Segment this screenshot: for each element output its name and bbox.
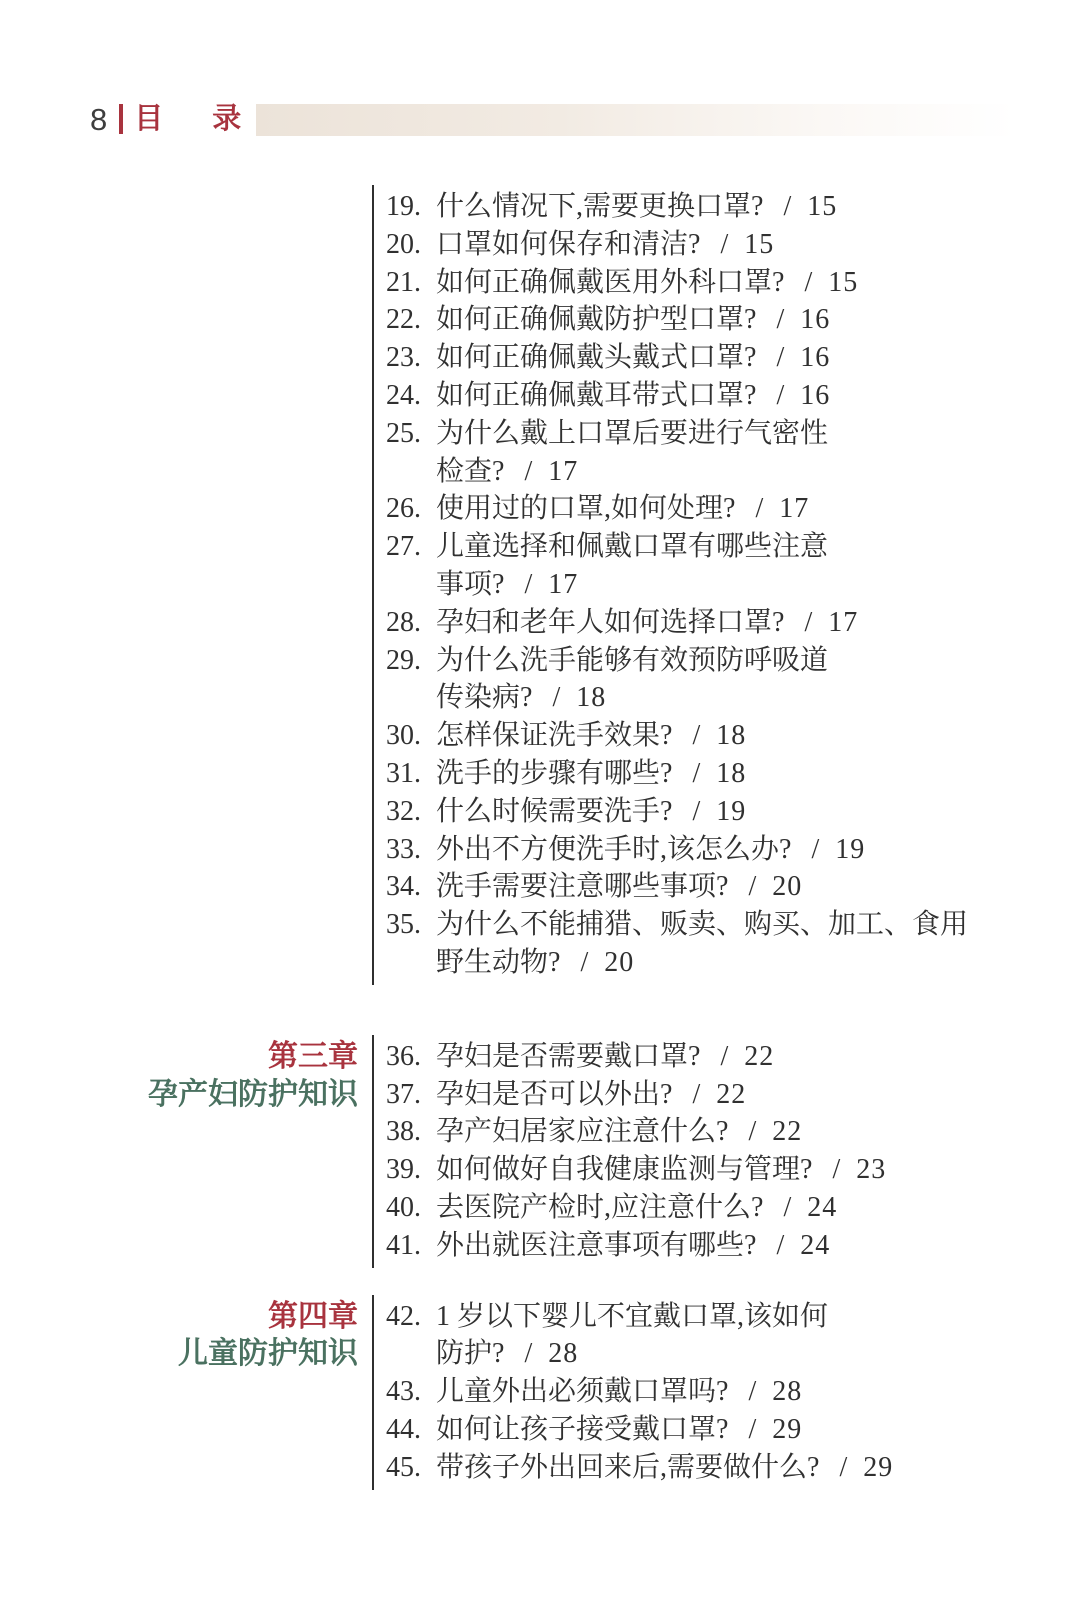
- page-number: 8: [90, 104, 107, 135]
- entry-number: 22.: [386, 301, 436, 339]
- entry-title: 去医院产检时,应注意什么?: [436, 1192, 763, 1223]
- entry-page-number: 22: [772, 1116, 802, 1147]
- entry-title: 如何正确佩戴头戴式口罩?: [436, 342, 756, 373]
- entry-page-separator: /: [804, 267, 812, 298]
- entry-page-number: 18: [716, 758, 746, 789]
- toc-entry: 41.外出就医注意事项有哪些?/24: [386, 1227, 886, 1265]
- toc-entry: 29.为什么洗手能够有效预防呼吸道传染病?/18: [386, 642, 968, 718]
- entry-title: 什么时候需要洗手?: [436, 796, 672, 827]
- toc-entry: 36.孕妇是否需要戴口罩?/22: [386, 1038, 886, 1076]
- toc-entry: 42.1 岁以下婴儿不宜戴口罩,该如何防护?/28: [386, 1298, 893, 1374]
- toc-entry: 26.使用过的口罩,如何处理?/17: [386, 490, 968, 528]
- entry-page-separator: /: [804, 607, 812, 638]
- entry-title: 外出就医注意事项有哪些?: [436, 1230, 756, 1261]
- toc-entry: 40.去医院产检时,应注意什么?/24: [386, 1189, 886, 1227]
- toc-entry: 31.洗手的步骤有哪些?/18: [386, 755, 968, 793]
- entry-number: 32.: [386, 793, 436, 831]
- toc-entry: 19.什么情况下,需要更换口罩?/15: [386, 188, 968, 226]
- toc-entry: 20.口罩如何保存和清洁?/15: [386, 226, 968, 264]
- entry-title: 为什么不能捕猎、贩卖、购买、加工、食用: [436, 909, 968, 940]
- entry-title: 如何正确佩戴防护型口罩?: [436, 304, 756, 335]
- entry-page-separator: /: [720, 229, 728, 260]
- entry-title: 如何做好自我健康监测与管理?: [436, 1154, 812, 1185]
- entry-title: 为什么戴上口罩后要进行气密性: [436, 418, 828, 449]
- entry-page-separator: /: [783, 191, 791, 222]
- toc-entry: 34.洗手需要注意哪些事项?/20: [386, 868, 968, 906]
- entry-number: 27.: [386, 528, 436, 566]
- entry-number: 26.: [386, 490, 436, 528]
- entry-number: 31.: [386, 755, 436, 793]
- toc-entry: 33.外出不方便洗手时,该怎么办?/19: [386, 831, 968, 869]
- entry-title: 洗手需要注意哪些事项?: [436, 871, 728, 902]
- entry-number: 43.: [386, 1373, 436, 1411]
- toc-entry: 38.孕产妇居家应注意什么?/22: [386, 1113, 886, 1151]
- chapter-label: [0, 185, 372, 985]
- entry-number: 35.: [386, 906, 436, 944]
- toc-entry: 28.孕妇和老年人如何选择口罩?/17: [386, 604, 968, 642]
- entry-number: 33.: [386, 831, 436, 869]
- entry-page-separator: /: [776, 1230, 784, 1261]
- toc-entry: 39.如何做好自我健康监测与管理?/23: [386, 1151, 886, 1189]
- entry-page-separator: /: [720, 1041, 728, 1072]
- entry-title: 如何让孩子接受戴口罩?: [436, 1414, 728, 1445]
- entry-number: 40.: [386, 1189, 436, 1227]
- entry-number: 42.: [386, 1298, 436, 1336]
- toc-entry: 23.如何正确佩戴头戴式口罩?/16: [386, 339, 968, 377]
- entry-page-separator: /: [783, 1192, 791, 1223]
- entry-page-number: 20: [772, 871, 802, 902]
- entry-title: 孕妇是否可以外出?: [436, 1079, 672, 1110]
- entry-number: 25.: [386, 415, 436, 453]
- chapter-number-label: 第三章: [0, 1038, 358, 1076]
- entry-title: 事项?: [436, 569, 504, 600]
- entry-number: 20.: [386, 226, 436, 264]
- entry-page-number: 17: [779, 493, 809, 524]
- entry-title: 如何正确佩戴医用外科口罩?: [436, 267, 784, 298]
- entry-title: 怎样保证洗手效果?: [436, 720, 672, 751]
- entry-page-separator: /: [748, 1376, 756, 1407]
- entry-page-number: 17: [548, 569, 578, 600]
- toc-entry: 30.怎样保证洗手效果?/18: [386, 717, 968, 755]
- toc-entry: 37.孕妇是否可以外出?/22: [386, 1076, 886, 1114]
- chapter-name-label: 孕产妇防护知识: [0, 1076, 358, 1114]
- entry-page-number: 22: [744, 1041, 774, 1072]
- entry-page-number: 20: [604, 947, 634, 978]
- entry-page-separator: /: [811, 834, 819, 865]
- entry-page-number: 19: [835, 834, 865, 865]
- entry-page-number: 16: [800, 380, 830, 411]
- entry-title: 野生动物?: [436, 947, 560, 978]
- entry-page-separator: /: [524, 456, 532, 487]
- toc-entry: 25.为什么戴上口罩后要进行气密性检查?/17: [386, 415, 968, 491]
- chapter-number-label: 第四章: [0, 1298, 358, 1336]
- toc-entry: 24.如何正确佩戴耳带式口罩?/16: [386, 377, 968, 415]
- entry-title: 孕妇是否需要戴口罩?: [436, 1041, 700, 1072]
- header-decoration-bar: [256, 104, 1016, 136]
- entry-page-separator: /: [552, 682, 560, 713]
- entry-page-number: 18: [716, 720, 746, 751]
- entry-number: 30.: [386, 717, 436, 755]
- entry-title: 孕产妇居家应注意什么?: [436, 1116, 728, 1147]
- toc-item-list: 19.什么情况下,需要更换口罩?/1520.口罩如何保存和清洁?/1521.如何…: [372, 185, 968, 985]
- entry-number: 29.: [386, 642, 436, 680]
- entry-title: 儿童外出必须戴口罩吗?: [436, 1376, 728, 1407]
- entry-page-separator: /: [524, 569, 532, 600]
- chapter-label: 第三章孕产妇防护知识: [0, 1035, 372, 1268]
- entry-page-number: 17: [828, 607, 858, 638]
- entry-number: 37.: [386, 1076, 436, 1114]
- toc-entry: 22.如何正确佩戴防护型口罩?/16: [386, 301, 968, 339]
- entry-page-separator: /: [692, 720, 700, 751]
- toc-entry: 32.什么时候需要洗手?/19: [386, 793, 968, 831]
- entry-page-separator: /: [776, 380, 784, 411]
- entry-number: 39.: [386, 1151, 436, 1189]
- entry-number: 36.: [386, 1038, 436, 1076]
- toc-entry: 21.如何正确佩戴医用外科口罩?/15: [386, 264, 968, 302]
- entry-title: 1 岁以下婴儿不宜戴口罩,该如何: [436, 1301, 828, 1332]
- entry-page-number: 23: [856, 1154, 886, 1185]
- entry-page-separator: /: [776, 342, 784, 373]
- chapter-label: 第四章儿童防护知识: [0, 1295, 372, 1490]
- toc-block: 第四章儿童防护知识42.1 岁以下婴儿不宜戴口罩,该如何防护?/2843.儿童外…: [0, 1295, 1080, 1490]
- entry-title: 洗手的步骤有哪些?: [436, 758, 672, 789]
- entry-number: 45.: [386, 1449, 436, 1487]
- entry-title: 孕妇和老年人如何选择口罩?: [436, 607, 784, 638]
- toc-entry: 27.儿童选择和佩戴口罩有哪些注意事项?/17: [386, 528, 968, 604]
- entry-page-number: 16: [800, 342, 830, 373]
- entry-page-number: 29: [863, 1452, 893, 1483]
- chapter-name-label: 儿童防护知识: [0, 1335, 358, 1373]
- toc-entry: 35.为什么不能捕猎、贩卖、购买、加工、食用野生动物?/20: [386, 906, 968, 982]
- entry-title: 为什么洗手能够有效预防呼吸道: [436, 645, 828, 676]
- entry-page-separator: /: [832, 1154, 840, 1185]
- entry-number: 41.: [386, 1227, 436, 1265]
- entry-page-number: 15: [828, 267, 858, 298]
- entry-page-number: 24: [807, 1192, 837, 1223]
- entry-number: 19.: [386, 188, 436, 226]
- entry-title: 检查?: [436, 456, 504, 487]
- entry-page-number: 19: [716, 796, 746, 827]
- entry-page-separator: /: [776, 304, 784, 335]
- entry-number: 24.: [386, 377, 436, 415]
- entry-page-number: 15: [807, 191, 837, 222]
- entry-title: 儿童选择和佩戴口罩有哪些注意: [436, 531, 828, 562]
- entry-page-number: 28: [548, 1338, 578, 1369]
- entry-page-separator: /: [580, 947, 588, 978]
- toc-block: 第三章孕产妇防护知识36.孕妇是否需要戴口罩?/2237.孕妇是否可以外出?/2…: [0, 1035, 1080, 1268]
- entry-number: 34.: [386, 868, 436, 906]
- entry-page-separator: /: [748, 871, 756, 902]
- entry-page-separator: /: [748, 1116, 756, 1147]
- entry-title: 带孩子外出回来后,需要做什么?: [436, 1452, 819, 1483]
- entry-number: 38.: [386, 1113, 436, 1151]
- entry-page-number: 15: [744, 229, 774, 260]
- entry-title: 口罩如何保存和清洁?: [436, 229, 700, 260]
- entry-page-number: 18: [576, 682, 606, 713]
- header-divider-bar: [119, 104, 123, 134]
- toc-sections: 19.什么情况下,需要更换口罩?/1520.口罩如何保存和清洁?/1521.如何…: [0, 185, 1080, 1490]
- entry-title: 防护?: [436, 1338, 504, 1369]
- entry-number: 23.: [386, 339, 436, 377]
- entry-title: 如何正确佩戴耳带式口罩?: [436, 380, 756, 411]
- entry-number: 21.: [386, 264, 436, 302]
- entry-page-separator: /: [692, 1079, 700, 1110]
- entry-page-separator: /: [748, 1414, 756, 1445]
- entry-page-number: 22: [716, 1079, 746, 1110]
- toc-block: 19.什么情况下,需要更换口罩?/1520.口罩如何保存和清洁?/1521.如何…: [0, 185, 1080, 985]
- toc-entry: 43.儿童外出必须戴口罩吗?/28: [386, 1373, 893, 1411]
- toc-item-list: 36.孕妇是否需要戴口罩?/2237.孕妇是否可以外出?/2238.孕产妇居家应…: [372, 1035, 886, 1268]
- entry-page-number: 29: [772, 1414, 802, 1445]
- entry-page-separator: /: [692, 796, 700, 827]
- entry-page-number: 16: [800, 304, 830, 335]
- entry-page-separator: /: [755, 493, 763, 524]
- toc-entry: 44.如何让孩子接受戴口罩?/29: [386, 1411, 893, 1449]
- toc-entry: 45.带孩子外出回来后,需要做什么?/29: [386, 1449, 893, 1487]
- entry-page-number: 24: [800, 1230, 830, 1261]
- book-page: 8 目录 19.什么情况下,需要更换口罩?/1520.口罩如何保存和清洁?/15…: [0, 0, 1080, 1620]
- entry-page-separator: /: [839, 1452, 847, 1483]
- entry-page-separator: /: [692, 758, 700, 789]
- entry-title: 使用过的口罩,如何处理?: [436, 493, 735, 524]
- entry-page-number: 28: [772, 1376, 802, 1407]
- entry-page-separator: /: [524, 1338, 532, 1369]
- entry-title: 什么情况下,需要更换口罩?: [436, 191, 763, 222]
- entry-page-number: 17: [548, 456, 578, 487]
- entry-title: 传染病?: [436, 682, 532, 713]
- entry-number: 28.: [386, 604, 436, 642]
- entry-number: 44.: [386, 1411, 436, 1449]
- entry-title: 外出不方便洗手时,该怎么办?: [436, 834, 791, 865]
- toc-item-list: 42.1 岁以下婴儿不宜戴口罩,该如何防护?/2843.儿童外出必须戴口罩吗?/…: [372, 1295, 893, 1490]
